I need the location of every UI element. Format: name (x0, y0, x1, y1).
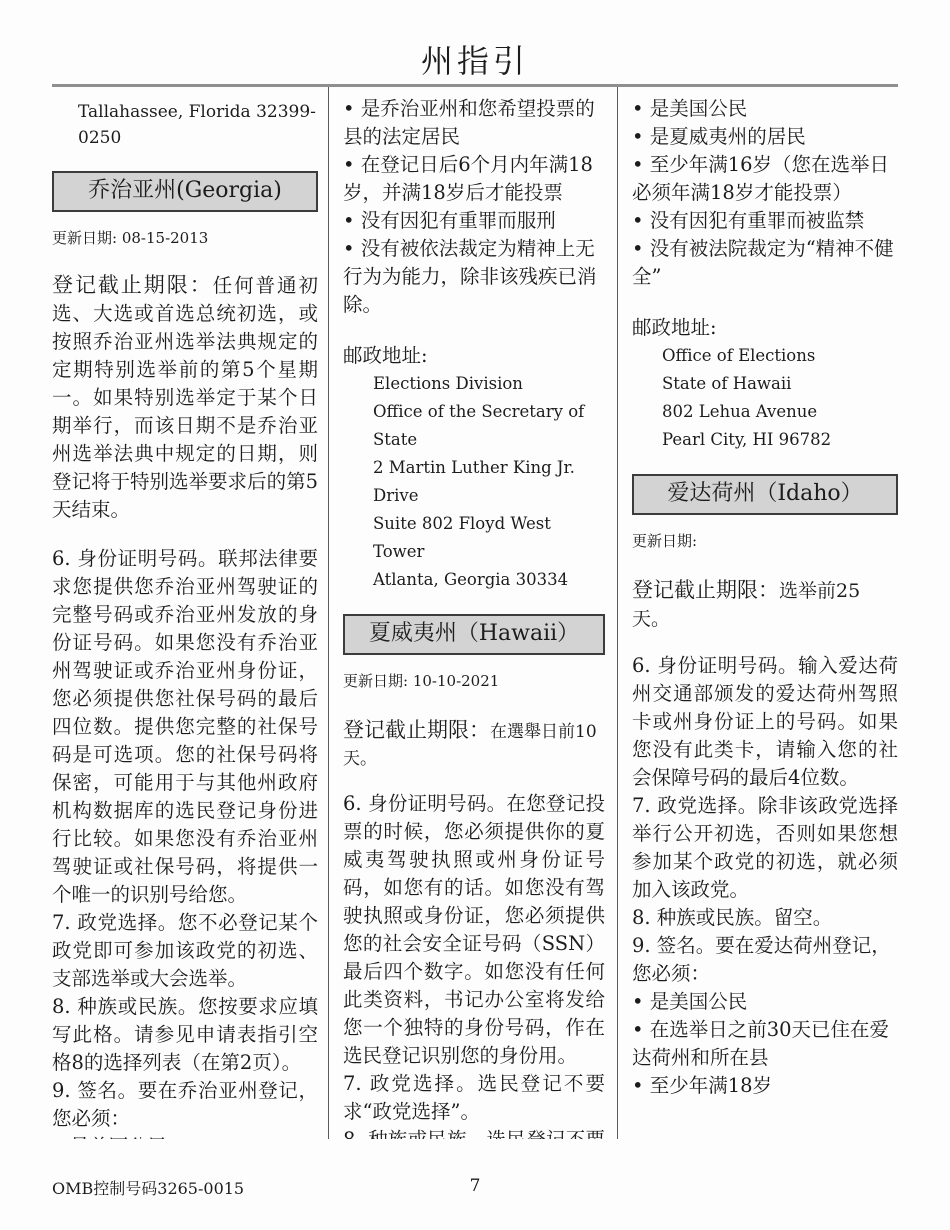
item-9-signature: 9. 签名。要在乔治亚州登记，您必须： (52, 1077, 318, 1133)
bullet-item: • 是乔治亚州和您希望投票的县的法定居民 (343, 95, 605, 151)
item-7-party-choice: 7. 政党选择。除非该政党选择举行公开初选，否则如果您想参加某个政党的初选，就必… (632, 792, 898, 904)
document-page: 州指引 Tallahassee, Florida 32399-0250 乔治亚州… (0, 0, 950, 1230)
mailing-address-line: Suite 802 Floyd West Tower (373, 510, 605, 566)
mailing-address-line: 802 Lehua Avenue (662, 398, 898, 426)
mailing-address-line: Office of the Secretary of (373, 398, 605, 426)
deadline-hawaii: 登记截止期限：在選舉日前10 天。 (343, 714, 605, 769)
bullet-item: • 在选举日之前30天已住在爱达荷州和所在县 (632, 1016, 898, 1072)
bullet-item: • 是美国公民 (632, 988, 898, 1016)
item-6-id-number: 6. 身份证明号码。联邦法律要求您提供您乔治亚州驾驶证的完整号码或乔治亚州发放的… (52, 545, 318, 909)
mailing-address-line: Elections Division (373, 370, 605, 398)
bullet-item: • 至少年满16岁（您在选举日必须年满18岁才能投票） (632, 151, 898, 207)
deadline-label: 登记截止期限： (632, 578, 779, 602)
column-georgia: Tallahassee, Florida 32399-0250 乔治亚州(Geo… (52, 87, 328, 1139)
item-7-party-choice: 7. 政党选择。您不必登记某个政党即可参加该政党的初选、支部选举或大会选举。 (52, 909, 318, 993)
mailing-address-line: Atlanta, Georgia 30334 (373, 566, 605, 594)
bullet-item: • 在登记日后6个月内年满18岁，并满18岁后才能投票 (343, 151, 605, 207)
mailing-address-line: Pearl City, HI 96782 (662, 426, 898, 454)
updated-date-hawaii: 更新日期: 10-10-2021 (343, 671, 605, 691)
item-6-id-number: 6. 身份证明号码。在您登记投票的时候，您必须提供你的夏威夷驾驶执照或州身份证号… (343, 790, 605, 1070)
item-8-race-ethnicity: 8. 种族或民族。选民登记不要求种族或民族资料。 (343, 1126, 605, 1139)
state-header-hawaii: 夏威夷州（Hawaii） (343, 614, 605, 655)
mailing-address-hawaii: 邮政地址: Office of Elections State of Hawai… (632, 314, 898, 454)
mailing-address-label: 邮政地址: (343, 342, 605, 370)
mailing-address-georgia: 邮政地址: Elections Division Office of the S… (343, 342, 605, 594)
state-header-georgia: 乔治亚州(Georgia) (52, 171, 318, 212)
bullet-us-citizen: • 是美国公民 (52, 1133, 318, 1139)
bullet-item: • 没有因犯有重罪而服刑 (343, 207, 605, 235)
deadline-text: 任何普通初选、大选或首选总统初选，或按照乔治亚州选举法典规定的定期特别选举前的第… (52, 274, 318, 521)
bullet-item: • 是美国公民 (632, 95, 898, 123)
updated-date-idaho: 更新日期: (632, 531, 898, 551)
mailing-address-line: State (373, 426, 605, 454)
page-number: 7 (0, 1176, 950, 1196)
item-6-id-number: 6. 身份证明号码。输入爱达荷州交通部颁发的爱达荷州驾照卡或州身份证上的号码。如… (632, 652, 898, 792)
deadline-idaho: 登记截止期限：选举前25天。 (632, 574, 898, 631)
item-8-race-ethnicity: 8. 种族或民族。留空。 (632, 904, 898, 932)
bullet-item: • 至少年满18岁 (632, 1072, 898, 1100)
deadline-georgia: 登记截止期限：任何普通初选、大选或首选总统初选，或按照乔治亚州选举法典规定的定期… (52, 271, 318, 524)
item-9-signature-line2: 您必须： (632, 960, 898, 988)
column-georgia-hawaii: • 是乔治亚州和您希望投票的县的法定居民 • 在登记日后6个月内年满18岁，并满… (328, 87, 618, 1139)
item-9-signature-line1: 9. 签名。要在爱达荷州登记， (632, 932, 898, 960)
updated-date-georgia: 更新日期: 08-15-2013 (52, 228, 318, 248)
deadline-label: 登记截止期限： (343, 718, 490, 742)
state-header-idaho: 爱达荷州（Idaho） (632, 474, 898, 515)
bullet-item: • 没有因犯有重罪而被监禁 (632, 207, 898, 235)
bullet-item: • 没有被法院裁定为“精神不健全” (632, 235, 898, 291)
item-7-party-choice: 7. 政党选择。选民登记不要求“政党选择”。 (343, 1070, 605, 1126)
mailing-address-line: Office of Elections (662, 342, 898, 370)
address-carryover: Tallahassee, Florida 32399-0250 (78, 99, 318, 151)
three-column-layout: Tallahassee, Florida 32399-0250 乔治亚州(Geo… (52, 87, 898, 1139)
page-title: 州指引 (0, 0, 950, 76)
bullet-item: • 没有被依法裁定为精神上无行为为能力，除非该残疾已消除。 (343, 235, 605, 319)
item-8-race-ethnicity: 8. 种族或民族。您按要求应填写此格。请参见申请表指引空格8的选择列表（在第2页… (52, 993, 318, 1077)
bullet-item: • 是夏威夷州的居民 (632, 123, 898, 151)
page-footer: OMB控制号码3265-0015 7 (0, 1176, 950, 1200)
mailing-address-line: State of Hawaii (662, 370, 898, 398)
deadline-label: 登记截止期限： (52, 273, 213, 297)
column-hawaii-idaho: • 是美国公民 • 是夏威夷州的居民 • 至少年满16岁（您在选举日必须年满18… (618, 87, 898, 1139)
mailing-address-label: 邮政地址: (632, 314, 898, 342)
mailing-address-line: 2 Martin Luther King Jr. Drive (373, 454, 605, 510)
